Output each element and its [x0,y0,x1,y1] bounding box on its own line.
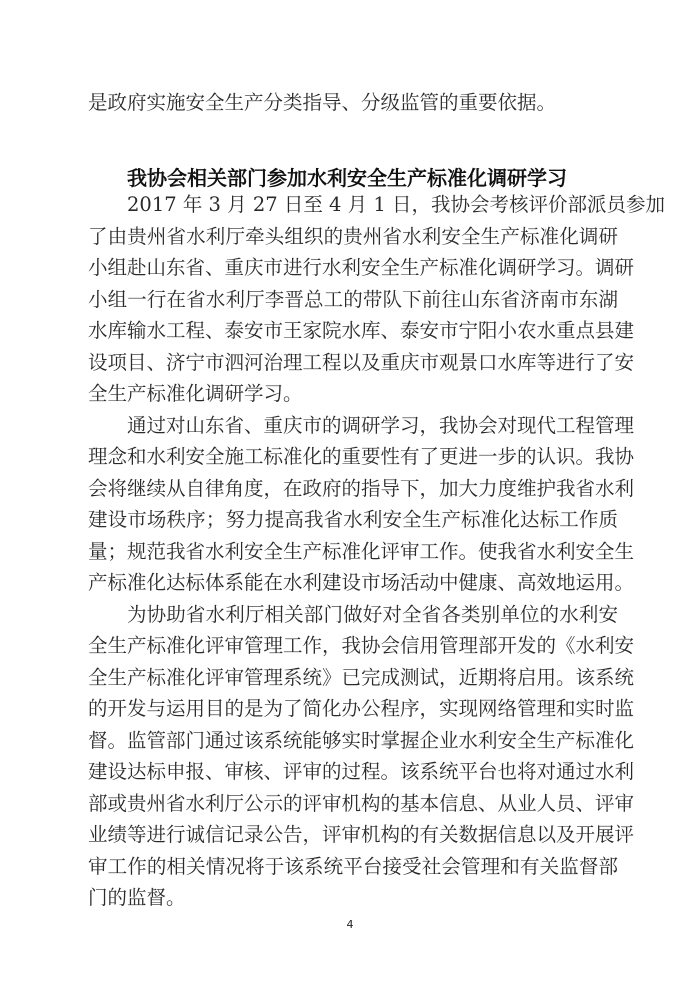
paragraph-line: 理念和水利安全施工标准化的重要性有了更进一步的认识。我协 [88,444,618,470]
paragraph-line: 全生产标准化评审管理系统》已完成测试，近期将启用。该系统 [88,665,618,691]
paragraph-line: 全生产标准化评审管理工作，我协会信用管理部开发的《水利安 [88,633,618,659]
paragraph-line: 建设达标申报、审核、评审的过程。该系统平台也将对通过水利 [88,759,618,785]
paragraph-line: 督。监管部门通过该系统能够实时掌握企业水利安全生产标准化 [88,728,618,754]
paragraph-line: 业绩等进行诚信记录公告，评审机构的有关数据信息以及开展评 [88,822,618,848]
paragraph-line: 审工作的相关情况将于该系统平台接受社会管理和有关监督部 [88,854,618,880]
paragraph-line: 水库输水工程、泰安市王家院水库、泰安市宁阳小农水重点县建 [88,318,618,344]
paragraph-line: 全生产标准化调研学习。 [88,381,618,407]
section-title: 我协会相关部门参加水利安全生产标准化调研学习 [127,162,567,191]
paragraph-line: 量；规范我省水利安全生产标准化评审工作。使我省水利安全生 [88,539,618,565]
intro-tail-line: 是政府实施安全生产分类指导、分级监管的重要依据。 [88,90,618,116]
paragraph-line: 2017 年 3 月 27 日至 4 月 1 日，我协会考核评价部派员参加 [127,192,618,218]
paragraph-line: 通过对山东省、重庆市的调研学习，我协会对现代工程管理 [127,413,618,439]
paragraph-line: 建设市场秩序；努力提高我省水利安全生产标准化达标工作质 [88,507,618,533]
document-page: 是政府实施安全生产分类指导、分级监管的重要依据。 我协会相关部门参加水利安全生产… [0,0,700,990]
paragraph-line: 设项目、济宁市泗河治理工程以及重庆市观景口水库等进行了安 [88,350,618,376]
paragraph-line: 的开发与运用目的是为了简化办公程序，实现网络管理和实时监 [88,696,618,722]
paragraph-line: 小组赴山东省、重庆市进行水利安全生产标准化调研学习。调研 [88,255,618,281]
paragraph-line: 小组一行在省水利厅李晋总工的带队下前往山东省济南市东湖 [88,287,618,313]
paragraph-line: 产标准化达标体系能在水利建设市场活动中健康、高效地运用。 [88,570,618,596]
paragraph-line: 会将继续从自律角度，在政府的指导下，加大力度维护我省水利 [88,476,618,502]
page-number: 4 [0,918,700,931]
paragraph-line: 为协助省水利厅相关部门做好对全省各类别单位的水利安 [127,602,618,628]
paragraph-line: 部或贵州省水利厅公示的评审机构的基本信息、从业人员、评审 [88,791,618,817]
paragraph-line: 了由贵州省水利厅牵头组织的贵州省水利安全生产标准化调研 [88,224,618,250]
paragraph-line: 门的监督。 [88,885,618,911]
